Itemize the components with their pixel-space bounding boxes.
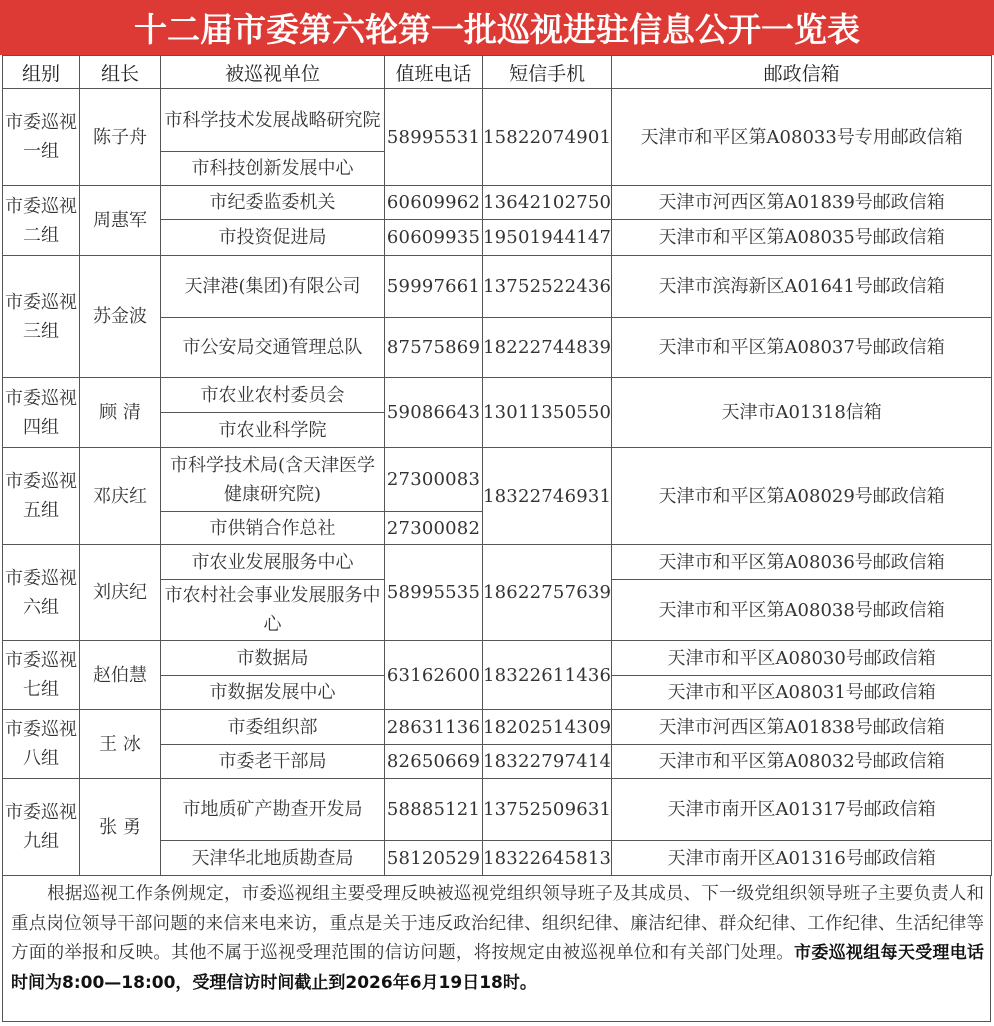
- col-header-mailbox: 邮政信箱: [612, 56, 992, 89]
- group-name: 市委巡视七组: [3, 641, 80, 710]
- mailbox: 天津市河西区第A01838号邮政信箱: [612, 710, 992, 745]
- group-leader: 张 勇: [80, 779, 161, 876]
- sms-phone: 18322746931: [483, 448, 612, 545]
- mailbox: 天津市A01318信箱: [612, 378, 992, 448]
- group-name: 市委巡视六组: [3, 545, 80, 641]
- sms-phone: 18322645813: [483, 841, 612, 876]
- group-leader: 赵伯慧: [80, 641, 161, 710]
- inspected-unit: 市数据局: [161, 641, 385, 676]
- group-leader: 顾 清: [80, 378, 161, 448]
- sms-phone: 13011350550: [483, 378, 612, 448]
- duty-phone: 27300082: [385, 512, 483, 545]
- inspected-unit: 市委组织部: [161, 710, 385, 745]
- group-leader: 陈子舟: [80, 89, 161, 186]
- inspected-unit: 市农村社会事业发展服务中心: [161, 580, 385, 641]
- sms-phone: 18322797414: [483, 745, 612, 779]
- inspected-unit: 天津港(集团)有限公司: [161, 256, 385, 318]
- inspected-unit: 市农业农村委员会: [161, 378, 385, 413]
- page-title: 十二届市委第六轮第一批巡视进驻信息公开一览表: [0, 0, 994, 55]
- group-leader: 周惠军: [80, 186, 161, 256]
- table-row: 市委巡视九组 张 勇 市地质矿产勘查开发局 58885121 137525096…: [3, 779, 992, 841]
- duty-phone: 58120529: [385, 841, 483, 876]
- mailbox: 天津市和平区第A08038号邮政信箱: [612, 580, 992, 641]
- col-header-unit: 被巡视单位: [161, 56, 385, 89]
- sms-phone: 13752509631: [483, 779, 612, 841]
- mailbox: 天津市滨海新区A01641号邮政信箱: [612, 256, 992, 318]
- mailbox: 天津市和平区第A08033号专用邮政信箱: [612, 89, 992, 186]
- sms-phone: 15822074901: [483, 89, 612, 186]
- mailbox: 天津市和平区第A08037号邮政信箱: [612, 318, 992, 378]
- inspected-unit: 市投资促进局: [161, 220, 385, 256]
- duty-phone: 59997661: [385, 256, 483, 318]
- table-row: 市委巡视七组 赵伯慧 市数据局 63162600 18322611436 天津市…: [3, 641, 992, 676]
- inspected-unit: 市农业科学院: [161, 413, 385, 448]
- sms-phone: 18222744839: [483, 318, 612, 378]
- duty-phone: 63162600: [385, 641, 483, 710]
- duty-phone: 58995531: [385, 89, 483, 186]
- col-header-leader: 组长: [80, 56, 161, 89]
- group-name: 市委巡视八组: [3, 710, 80, 779]
- inspected-unit: 市纪委监委机关: [161, 186, 385, 220]
- table-row: 市委巡视八组 王 冰 市委组织部 28631136 18202514309 天津…: [3, 710, 992, 745]
- group-name: 市委巡视九组: [3, 779, 80, 876]
- mailbox: 天津市和平区A08031号邮政信箱: [612, 676, 992, 710]
- inspected-unit: 市数据发展中心: [161, 676, 385, 710]
- group-name: 市委巡视二组: [3, 186, 80, 256]
- col-header-group: 组别: [3, 56, 80, 89]
- duty-phone: 58885121: [385, 779, 483, 841]
- group-leader: 王 冰: [80, 710, 161, 779]
- mailbox: 天津市和平区第A08032号邮政信箱: [612, 745, 992, 779]
- sms-phone: 13752522436: [483, 256, 612, 318]
- sms-phone: 18622757639: [483, 545, 612, 641]
- table-row: 市委巡视五组 邓庆红 市科学技术局(含天津医学健康研究院) 27300083 1…: [3, 448, 992, 512]
- sms-phone: 18322611436: [483, 641, 612, 710]
- col-header-duty-phone: 值班电话: [385, 56, 483, 89]
- mailbox: 天津市南开区A01316号邮政信箱: [612, 841, 992, 876]
- inspected-unit: 市科学技术发展战略研究院: [161, 89, 385, 152]
- duty-phone: 58995535: [385, 545, 483, 641]
- inspected-unit: 市地质矿产勘查开发局: [161, 779, 385, 841]
- group-name: 市委巡视三组: [3, 256, 80, 378]
- table-row: 市委巡视六组 刘庆纪 市农业发展服务中心 58995535 1862275763…: [3, 545, 992, 580]
- duty-phone: 27300083: [385, 448, 483, 512]
- inspected-unit: 市供销合作总社: [161, 512, 385, 545]
- duty-phone: 28631136: [385, 710, 483, 745]
- sms-phone: 19501944147: [483, 220, 612, 256]
- inspection-table: 组别 组长 被巡视单位 值班电话 短信手机 邮政信箱 市委巡视一组 陈子舟 市科…: [2, 55, 992, 876]
- group-name: 市委巡视四组: [3, 378, 80, 448]
- inspected-unit: 天津华北地质勘查局: [161, 841, 385, 876]
- table-row: 市委巡视一组 陈子舟 市科学技术发展战略研究院 58995531 1582207…: [3, 89, 992, 152]
- group-leader: 邓庆红: [80, 448, 161, 545]
- group-name: 市委巡视五组: [3, 448, 80, 545]
- mailbox: 天津市和平区A08030号邮政信箱: [612, 641, 992, 676]
- inspected-unit: 市公安局交通管理总队: [161, 318, 385, 378]
- group-leader: 苏金波: [80, 256, 161, 378]
- inspected-unit: 市农业发展服务中心: [161, 545, 385, 580]
- duty-phone: 82650669: [385, 745, 483, 779]
- duty-phone: 60609962: [385, 186, 483, 220]
- mailbox: 天津市河西区第A01839号邮政信箱: [612, 186, 992, 220]
- mailbox: 天津市南开区A01317号邮政信箱: [612, 779, 992, 841]
- sms-phone: 18202514309: [483, 710, 612, 745]
- group-leader: 刘庆纪: [80, 545, 161, 641]
- duty-phone: 87575869: [385, 318, 483, 378]
- sms-phone: 13642102750: [483, 186, 612, 220]
- inspected-unit: 市科技创新发展中心: [161, 152, 385, 186]
- mailbox: 天津市和平区第A08035号邮政信箱: [612, 220, 992, 256]
- table-row: 市委巡视三组 苏金波 天津港(集团)有限公司 59997661 13752522…: [3, 256, 992, 318]
- inspected-unit: 市科学技术局(含天津医学健康研究院): [161, 448, 385, 512]
- duty-phone: 59086643: [385, 378, 483, 448]
- table-row: 市委巡视二组 周惠军 市纪委监委机关 60609962 13642102750 …: [3, 186, 992, 220]
- inspected-unit: 市委老干部局: [161, 745, 385, 779]
- footer-note: 根据巡视工作条例规定，市委巡视组主要受理反映被巡视党组织领导班子及其成员、下一级…: [2, 876, 991, 1022]
- header-row: 组别 组长 被巡视单位 值班电话 短信手机 邮政信箱: [3, 56, 992, 89]
- table-row: 市委巡视四组 顾 清 市农业农村委员会 59086643 13011350550…: [3, 378, 992, 413]
- mailbox: 天津市和平区第A08036号邮政信箱: [612, 545, 992, 580]
- mailbox: 天津市和平区第A08029号邮政信箱: [612, 448, 992, 545]
- duty-phone: 60609935: [385, 220, 483, 256]
- col-header-sms: 短信手机: [483, 56, 612, 89]
- group-name: 市委巡视一组: [3, 89, 80, 186]
